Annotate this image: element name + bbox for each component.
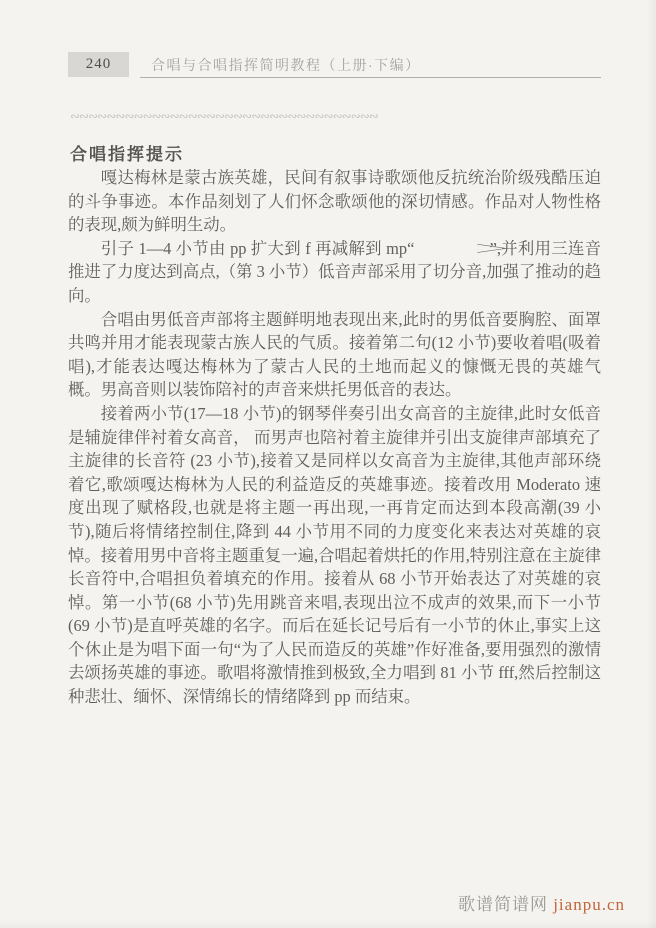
body-text-block: 嘎达梅林是蒙古族英雄，民间有叙事诗歌颂他反抗统治阶级残酷压迫的斗争事迹。本作品刻…: [68, 166, 601, 709]
paragraph-text: 引子 1—4 小节由 pp 扩大到 f 再减解到 mp“: [101, 239, 415, 258]
watermark-domain: jianpu.cn: [553, 895, 625, 914]
body-paragraph-2: 引子 1—4 小节由 pp 扩大到 f 再减解到 mp“＞”,并利用三连音推进了…: [68, 237, 601, 308]
ornament-divider: ∾∾∾∾∾∾∾∾∾∾∾∾∾∾∾∾∾∾∾∾∾∾∾∾∾∾∾∾∾∾∾∾∾∾: [70, 109, 378, 124]
paragraph-text: 嘎达梅林是蒙古族英雄，民间有叙事诗歌颂他反抗统治阶级残酷压迫的斗争事迹。本作品刻…: [68, 168, 601, 234]
body-paragraph-3: 合唱由男低音声部将主题鲜明地表现出来,此时的男低音要胸腔、面罩共鸣并用才能表现蒙…: [68, 308, 601, 402]
paragraph-text: 接着两小节(17—18 小节)的钢琴伴奏引出女高音的主旋律,此时女低音是辅旋律伴…: [68, 404, 601, 706]
watermark-site-name: 歌谱简谱网: [458, 895, 548, 914]
section-heading: 合唱指挥提示: [70, 140, 184, 165]
body-paragraph-1: 嘎达梅林是蒙古族英雄，民间有叙事诗歌颂他反抗统治阶级残酷压迫的斗争事迹。本作品刻…: [68, 166, 601, 237]
page-number-badge: 240: [68, 52, 129, 77]
scanned-book-page: 240 合唱与合唱指挥简明教程（上册·下编） ∾∾∾∾∾∾∾∾∾∾∾∾∾∾∾∾∾…: [0, 0, 656, 928]
decrescendo-hairpin-icon: ＞: [391, 240, 514, 257]
watermark: 歌谱简谱网 jianpu.cn: [458, 890, 625, 915]
paragraph-text: 合唱由男低音声部将主题鲜明地表现出来,此时的男低音要胸腔、面罩共鸣并用才能表现蒙…: [68, 310, 601, 400]
header-divider-rule: [140, 77, 601, 78]
body-paragraph-4: 接着两小节(17—18 小节)的钢琴伴奏引出女高音的主旋律,此时女低音是辅旋律伴…: [68, 402, 601, 709]
running-header-title: 合唱与合唱指挥简明教程（上册·下编）: [151, 55, 421, 75]
